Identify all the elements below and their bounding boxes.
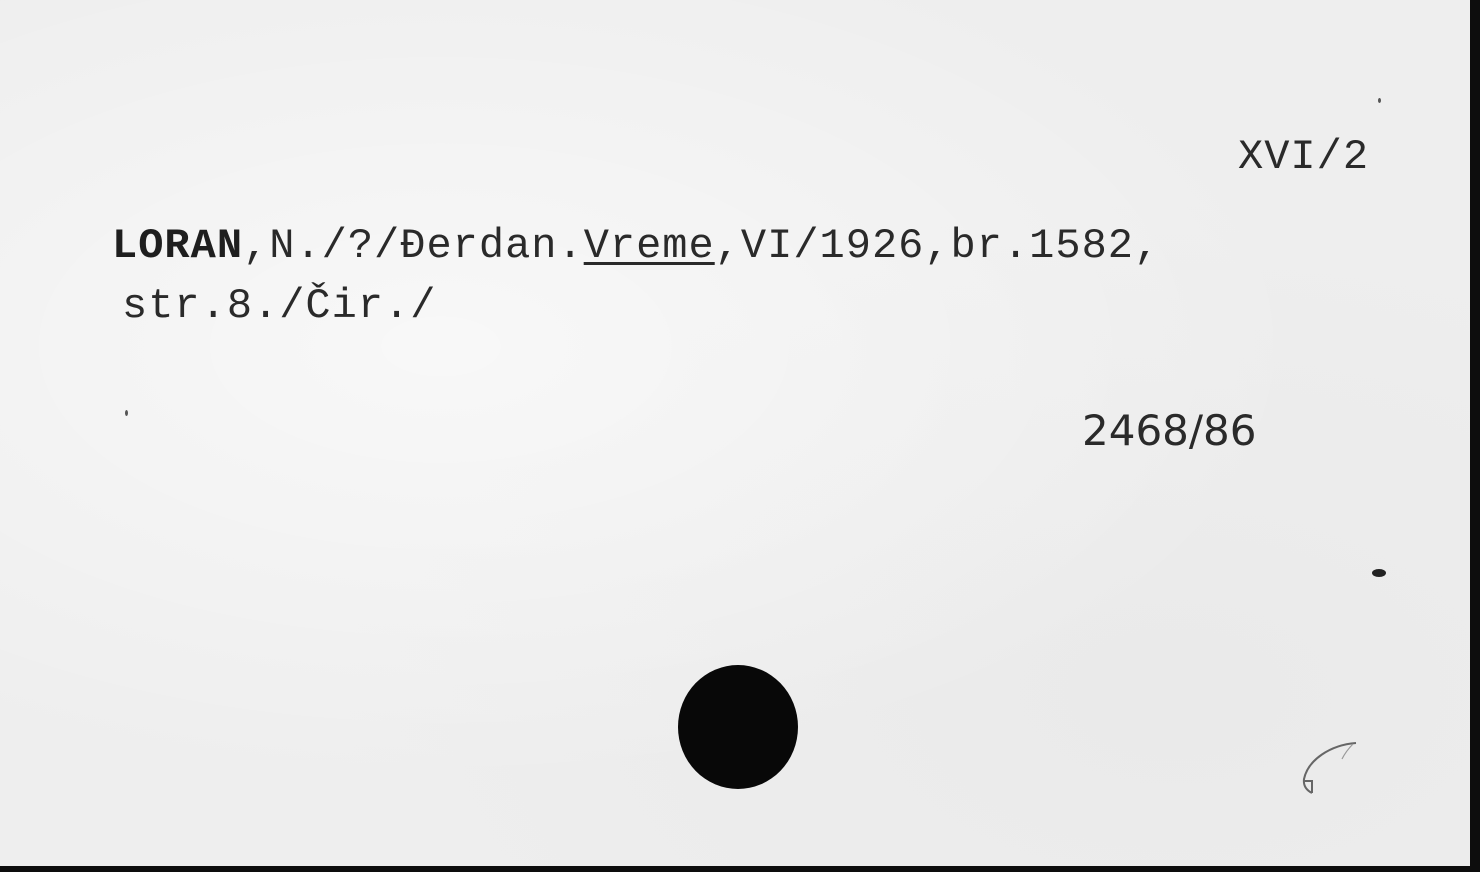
ink-dot <box>1372 569 1386 577</box>
author-name: LORAN <box>112 222 243 270</box>
citation-line-2: str.8./Čir./ <box>122 282 436 330</box>
punch-hole <box>678 665 798 789</box>
periodical-title: Vreme <box>584 222 715 270</box>
speck <box>125 410 128 416</box>
accession-number: 2468/86 <box>1082 406 1256 455</box>
speck <box>1378 98 1381 103</box>
author-details: ,N./?/Đerdan. <box>243 222 584 270</box>
issue-details: ,VI/1926,br.1582, <box>715 222 1160 270</box>
catalog-card: XVI/2 LORAN,N./?/Đerdan.Vreme,VI/1926,br… <box>0 0 1470 866</box>
citation-line-1: LORAN,N./?/Đerdan.Vreme,VI/1926,br.1582, <box>112 222 1160 270</box>
scan-border-right <box>1470 0 1480 872</box>
classification-mark: XVI/2 <box>1238 133 1369 181</box>
scan-border-bottom <box>0 866 1480 872</box>
pencil-mark-icon <box>1290 735 1370 795</box>
